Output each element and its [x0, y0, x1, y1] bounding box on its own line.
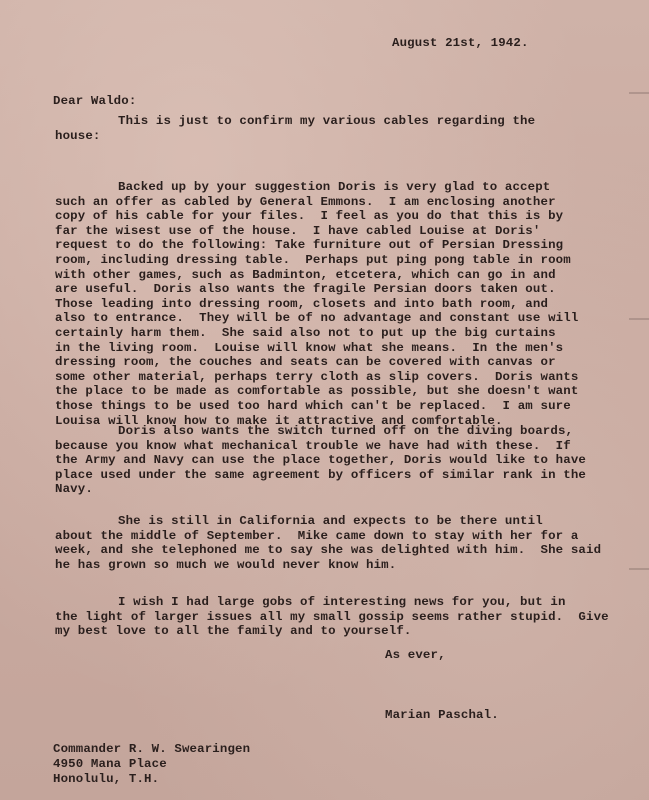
paragraph-line: place used under the same agreement by o… — [55, 468, 645, 483]
paragraph-line: because you know what mechanical trouble… — [55, 439, 645, 454]
closing: As ever, — [385, 648, 446, 663]
paragraph-3: Doris also wants the switch turned off o… — [55, 424, 645, 497]
paragraph-line: room, including dressing table. Perhaps … — [55, 253, 645, 268]
paper-edge-mark — [629, 318, 649, 320]
paragraph-line: far the wisest use of the house. I have … — [55, 224, 645, 239]
paragraph-line: with other games, such as Badminton, etc… — [55, 268, 645, 283]
paragraph-line: the light of larger issues all my small … — [55, 610, 645, 625]
address-line: Honolulu, T.H. — [53, 772, 250, 787]
paragraph-line: he has grown so much we would never know… — [55, 558, 645, 573]
paragraph-line: This is just to confirm my various cable… — [55, 114, 645, 129]
letter-page: August 21st, 1942. Dear Waldo: This is j… — [0, 0, 649, 800]
paragraph-line: house: — [55, 129, 645, 144]
address-line: 4950 Mana Place — [53, 757, 250, 772]
signature: Marian Paschal. — [385, 708, 499, 723]
salutation: Dear Waldo: — [53, 94, 136, 109]
paragraph-line: the Army and Navy can use the place toge… — [55, 453, 645, 468]
paragraph-line: also to entrance. They will be of no adv… — [55, 311, 645, 326]
paragraph-line: are useful. Doris also wants the fragile… — [55, 282, 645, 297]
paper-edge-mark — [629, 92, 649, 94]
paragraph-line: the place to be made as comfortable as p… — [55, 384, 645, 399]
paragraph-line: week, and she telephoned me to say she w… — [55, 543, 645, 558]
paragraph-line: copy of his cable for your files. I feel… — [55, 209, 645, 224]
paragraph-line: about the middle of September. Mike came… — [55, 529, 645, 544]
paper-edge-mark — [629, 568, 649, 570]
paragraph-line: in the living room. Louise will know wha… — [55, 341, 645, 356]
paragraph-line: some other material, perhaps terry cloth… — [55, 370, 645, 385]
paragraph-1: This is just to confirm my various cable… — [55, 114, 645, 143]
paragraph-line: Backed up by your suggestion Doris is ve… — [55, 180, 645, 195]
paragraph-line: those things to be used too hard which c… — [55, 399, 645, 414]
paragraph-5: I wish I had large gobs of interesting n… — [55, 595, 645, 639]
address-line: Commander R. W. Swearingen — [53, 742, 250, 757]
paragraph-line: I wish I had large gobs of interesting n… — [55, 595, 645, 610]
paragraph-line: such an offer as cabled by General Emmon… — [55, 195, 645, 210]
letter-date: August 21st, 1942. — [392, 36, 529, 51]
paragraph-4: She is still in California and expects t… — [55, 514, 645, 572]
paragraph-line: certainly harm them. She said also not t… — [55, 326, 645, 341]
recipient-address: Commander R. W. Swearingen 4950 Mana Pla… — [53, 742, 250, 787]
paragraph-line: request to do the following: Take furnit… — [55, 238, 645, 253]
paragraph-line: Doris also wants the switch turned off o… — [55, 424, 645, 439]
paragraph-line: Navy. — [55, 482, 645, 497]
paragraph-line: dressing room, the couches and seats can… — [55, 355, 645, 370]
paragraph-2: Backed up by your suggestion Doris is ve… — [55, 180, 645, 428]
paragraph-line: my best love to all the family and to yo… — [55, 624, 645, 639]
paragraph-line: She is still in California and expects t… — [55, 514, 645, 529]
paragraph-line: Those leading into dressing room, closet… — [55, 297, 645, 312]
